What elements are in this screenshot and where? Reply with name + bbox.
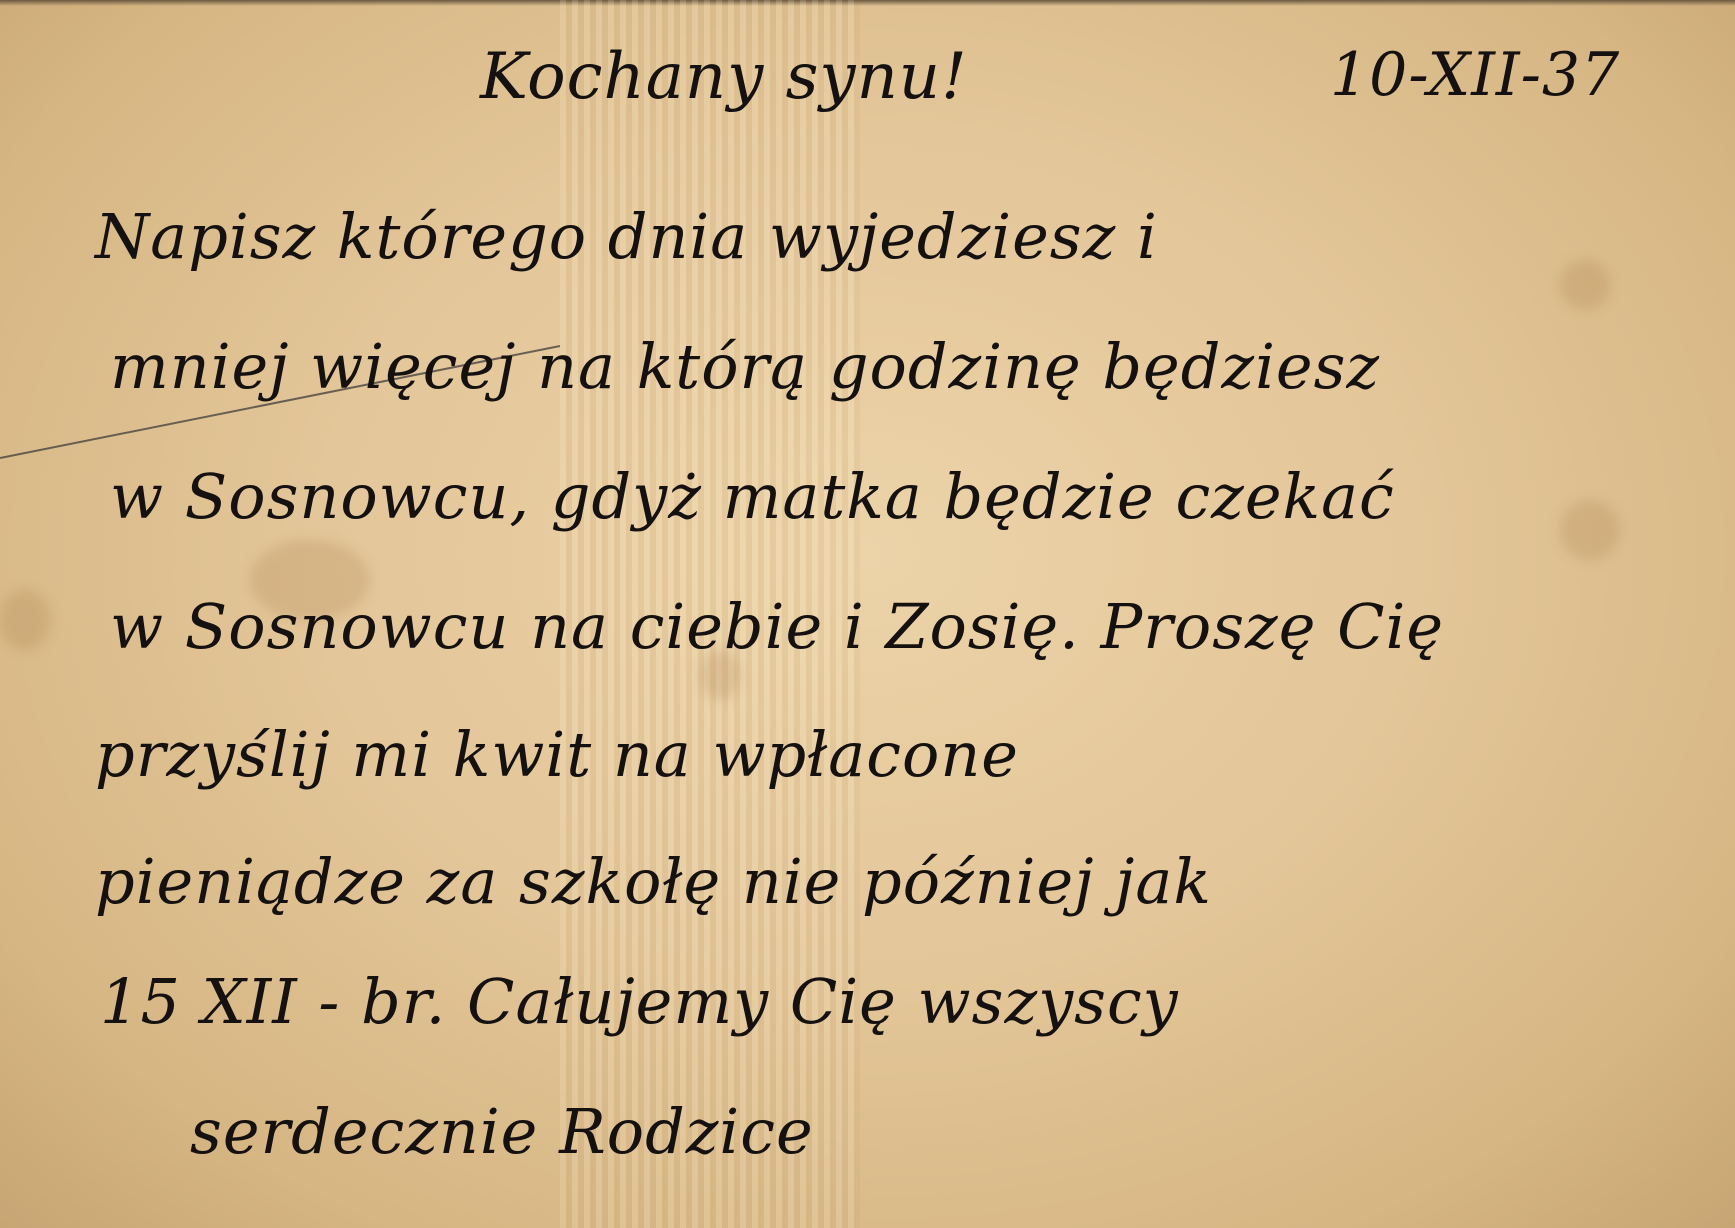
- stain: [0, 590, 50, 650]
- body-line-7: 15 XII - br. Całujemy Cię wszyscy: [100, 965, 1179, 1038]
- postcard: Kochany synu! 10-XII-37 Napisz którego d…: [0, 0, 1735, 1228]
- stain: [1560, 260, 1610, 310]
- body-line-4: w Sosnowcu na ciebie i Zosię. Proszę Cię: [110, 590, 1444, 663]
- greeting: Kochany synu!: [480, 40, 968, 114]
- body-line-5: przyślij mi kwit na wpłacone: [95, 718, 1019, 791]
- body-line-2: mniej więcej na którą godzinę będziesz: [110, 330, 1380, 403]
- body-line-3: w Sosnowcu, gdyż matka będzie czekać: [110, 460, 1395, 533]
- signature: serdecznie Rodzice: [190, 1095, 814, 1168]
- date: 10-XII-37: [1330, 40, 1620, 110]
- body-line-1: Napisz którego dnia wyjedziesz i: [95, 200, 1158, 273]
- stain: [1560, 500, 1620, 560]
- body-line-6: pieniądze za szkołę nie później jak: [95, 845, 1212, 918]
- top-edge: [0, 0, 1735, 6]
